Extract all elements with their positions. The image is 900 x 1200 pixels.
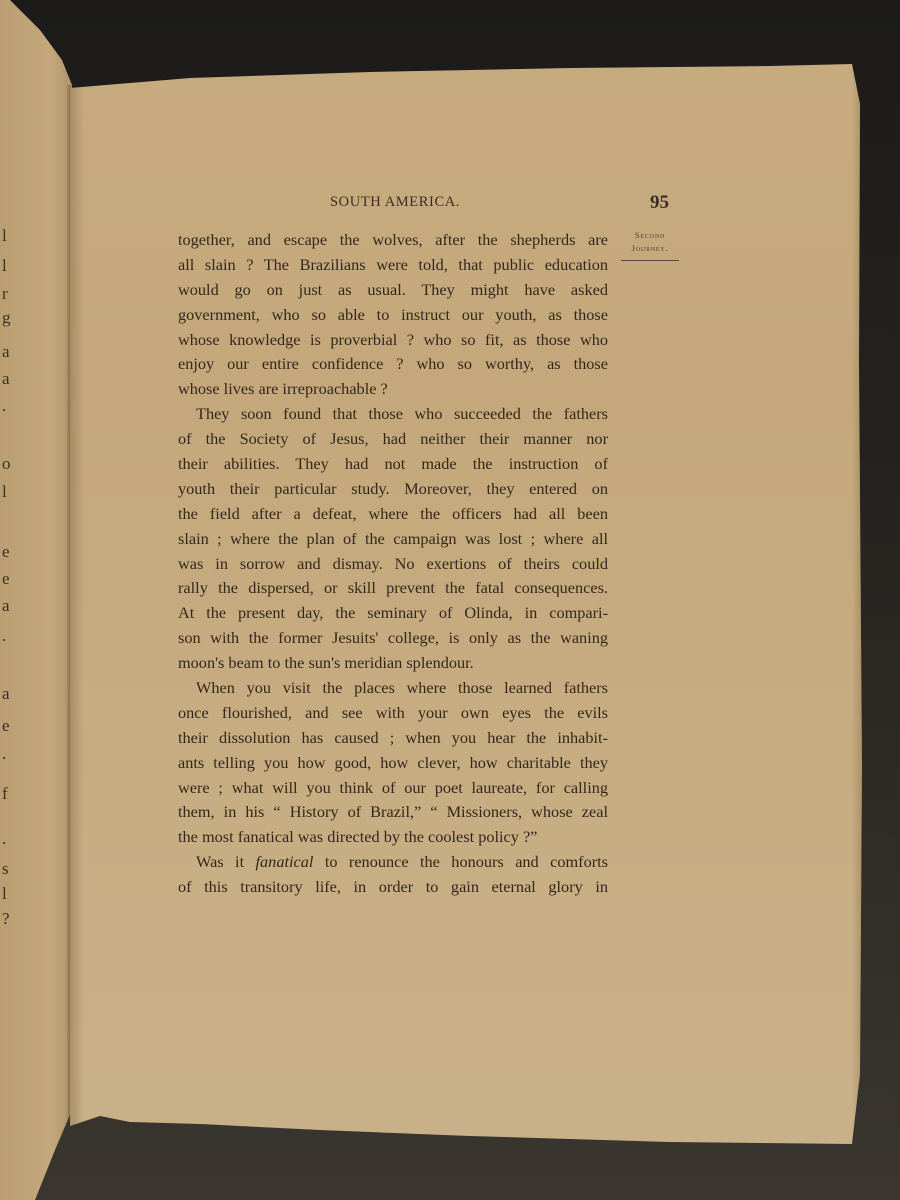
text-line: whose lives are irreproachable ? [178,377,608,402]
text-line: the most fanatical was directed by the c… [178,825,608,850]
left-fragment: e [2,570,10,587]
text-line: enjoy our entire confidence ? who so wor… [178,352,608,377]
text-line: their dissolution has caused ; when you … [178,726,608,751]
left-fragment: a [2,370,10,387]
left-fragment: l [2,227,7,244]
text-line: of this transitory life, in order to gai… [178,875,608,900]
left-fragment: s [2,860,9,877]
body-text: together, and escape the wolves, after t… [178,228,608,900]
left-fragment: a [2,685,10,702]
text-line: their abilities. They had not made the i… [178,452,608,477]
running-head: SOUTH AMERICA. [180,194,610,211]
text-line: the field after a defeat, where the offi… [178,502,608,527]
left-fragment: g [2,309,11,326]
left-fragment: e [2,543,10,560]
text-line: together, and escape the wolves, after t… [178,228,608,253]
left-fragment: . [2,830,6,847]
left-fragment: ? [2,910,10,927]
left-fragment: . [2,745,6,762]
text-line: all slain ? The Brazilians were told, th… [178,253,608,278]
text-line: them, in his “ History of Brazil,” “ Mis… [178,800,608,825]
text-line: son with the former Jesuits' college, is… [178,626,608,651]
sidenote-line: Journey. [620,242,680,255]
left-fragment: r [2,285,8,302]
text-line: would go on just as usual. They might ha… [178,278,608,303]
text-line: ants telling you how good, how clever, h… [178,751,608,776]
text-line: moon's beam to the sun's meridian splend… [178,651,608,676]
italic-word: fanatical [256,852,314,871]
left-fragment: a [2,597,10,614]
paragraph-start-line: They soon found that those who succeeded… [178,402,608,427]
left-fragment: . [2,627,6,644]
text-line: At the present day, the seminary of Olin… [178,601,608,626]
text-line: were ; what will you think of our poet l… [178,776,608,801]
text-line: whose knowledge is proverbial ? who so f… [178,328,608,353]
paragraph-start-line: When you visit the places where those le… [178,676,608,701]
text-run: to renounce the honours and comforts [313,852,608,871]
sidenote-rule [621,260,679,261]
left-fragment: . [2,397,6,414]
left-fragment: l [2,483,7,500]
margin-sidenote: Second Journey. [620,229,680,261]
left-fragment: l [2,885,7,902]
text-line: government, who so able to instruct our … [178,303,608,328]
page-number: 95 [650,192,669,214]
left-fragment: e [2,717,10,734]
text-run: Was it [196,852,256,871]
text-line: rally the dispersed, or skill prevent th… [178,576,608,601]
page-gutter-shadow [70,64,84,1144]
text-line: of the Society of Jesus, had neither the… [178,427,608,452]
text-line: once flourished, and see with your own e… [178,701,608,726]
sidenote-line: Second [620,229,680,242]
left-fragment: o [2,455,11,472]
text-line: slain ; where the plan of the campaign w… [178,527,608,552]
left-fragment: l [2,257,7,274]
left-fragment: f [2,785,8,802]
left-fragment: a [2,343,10,360]
text-line: youth their particular study. Moreover, … [178,477,608,502]
text-line: was in sorrow and dismay. No exertions o… [178,552,608,577]
left-page-edge: l l r g a a . o l e e a . a e . f . s l … [0,0,72,1200]
paragraph-start-line: Was it fanatical to renounce the honours… [178,850,608,875]
